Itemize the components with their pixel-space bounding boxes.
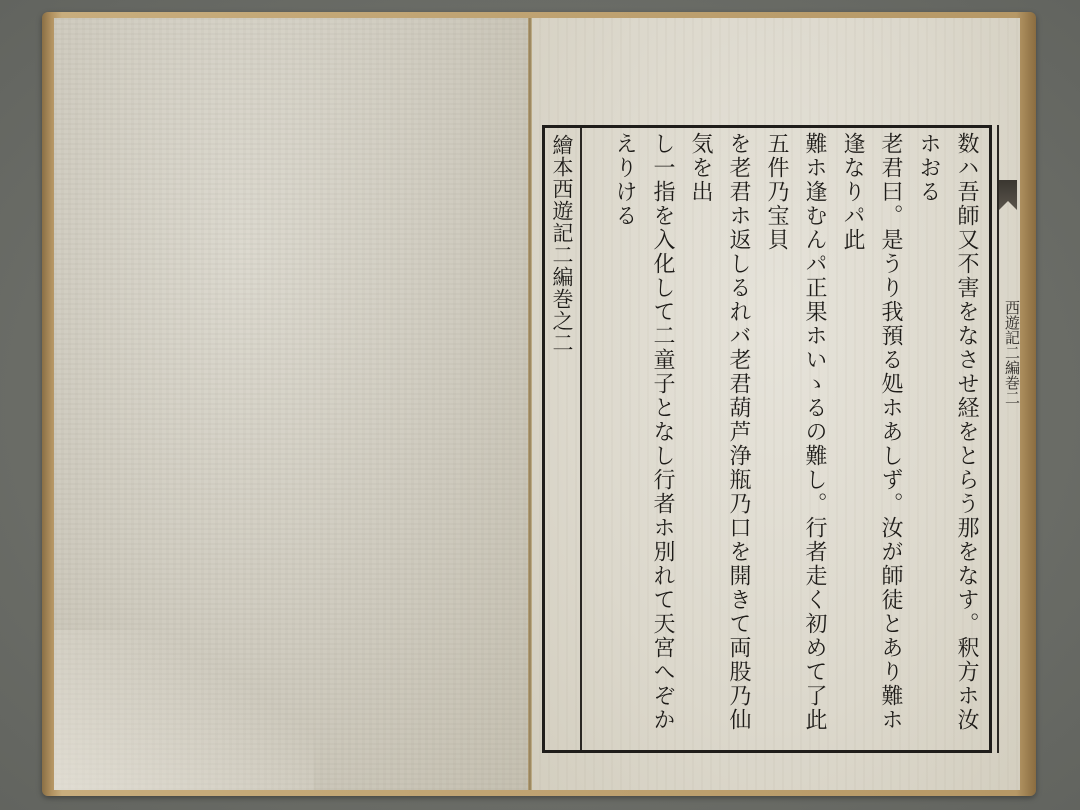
text-column-3: 難ホ逢むんパ正果ホいゝるの難し。行者走く初めて了此五件乃宝貝	[757, 132, 833, 732]
text-frame: 繪本西遊記二編巻之二 数ハ吾師又不害をなさせ経をとらう那をなす。釈方ホ汝ホおる …	[542, 125, 992, 753]
book-gutter	[528, 18, 532, 790]
text-column-1: 数ハ吾師又不害をなさせ経をとらう那をなす。釈方ホ汝ホおる	[909, 132, 985, 732]
margin-heading: 西遊記二編巻二	[1000, 300, 1022, 405]
text-column-4: を老君ホ返しるれバ老君葫芦浄瓶乃口を開きて両股乃仙気を出	[681, 132, 757, 732]
main-text: 数ハ吾師又不害をなさせ経をとらう那をなす。釈方ホ汝ホおる 老君曰。是うり我預る処…	[745, 132, 985, 732]
text-column-5: し一指を入化して二童子となし行者ホ別れて天宮へぞかえりける	[605, 132, 681, 732]
left-page-blank	[54, 18, 530, 790]
open-book: 繪本西遊記二編巻之二 数ハ吾師又不害をなさせ経をとらう那をなす。釈方ホ汝ホおる …	[42, 10, 1032, 798]
text-column-2: 老君曰。是うり我預る処ホあしず。汝が師徒とあり難ホ逢なりパ此	[833, 132, 909, 732]
book-title-column: 繪本西遊記二編巻之二	[549, 134, 575, 354]
margin-rule	[997, 125, 999, 753]
title-divider	[580, 128, 582, 750]
